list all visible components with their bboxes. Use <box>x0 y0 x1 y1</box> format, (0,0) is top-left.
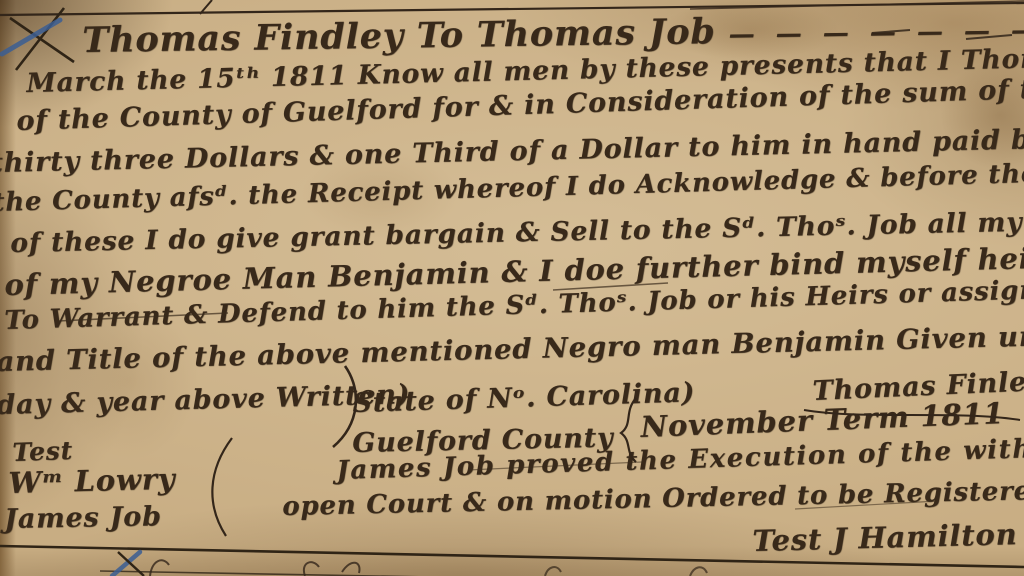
manuscript-page: Thomas Findley To Thomas Job — — — — — —… <box>0 0 1024 576</box>
witness-signature-2: James Job <box>4 501 162 535</box>
witness-signature-1: Wᵐ Lowry <box>8 462 176 500</box>
test-label: Test <box>12 436 73 467</box>
clerk-attest-signature: Test J Hamilton C <box>752 516 1024 558</box>
